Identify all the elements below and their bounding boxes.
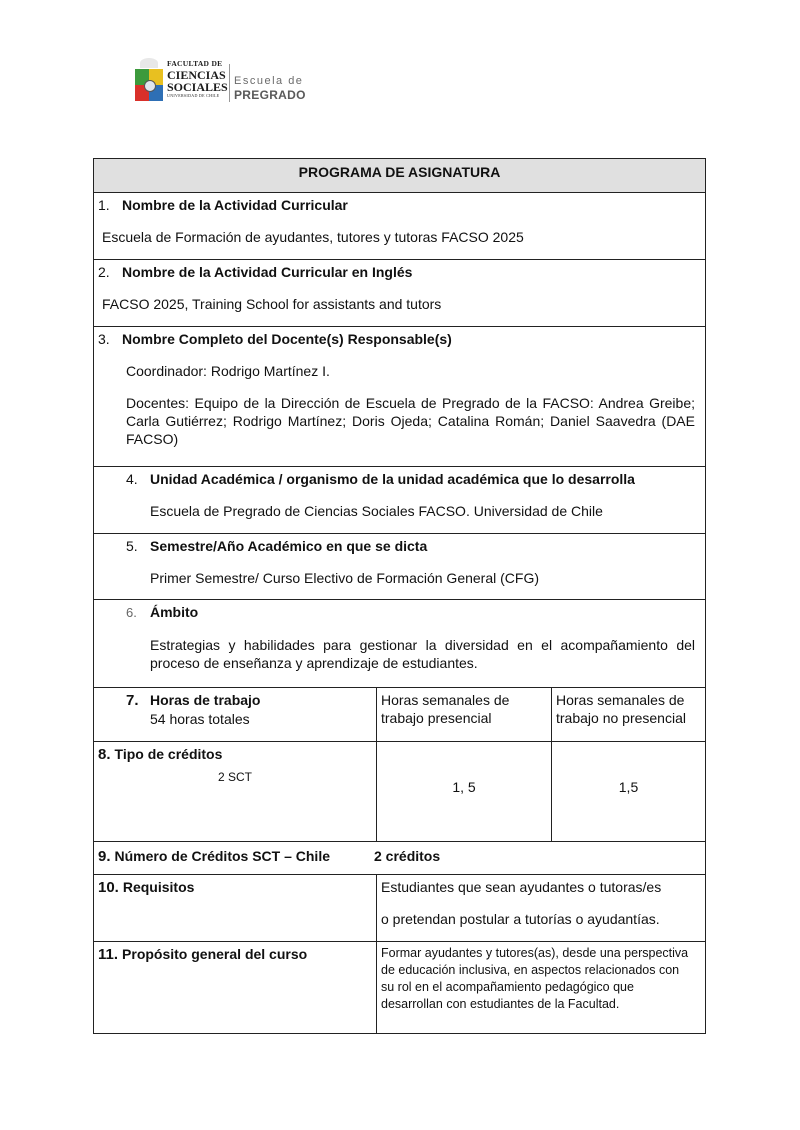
section-6: 6.Ámbito Estrategias y habilidades para … [94, 599, 705, 687]
section-number: 10. [98, 879, 119, 897]
section-7: 7.Horas de trabajo 54 horas totales Hora… [94, 687, 705, 741]
section-label: Requisitos [123, 879, 195, 895]
coordinator-value: Coordinador: Rodrigo Martínez I. [98, 362, 701, 380]
section-1: 1.Nombre de la Actividad Curricular Escu… [94, 192, 705, 259]
table-title: PROGRAMA DE ASIGNATURA [94, 159, 705, 192]
section-number: 9. [98, 848, 111, 866]
section-value: Primer Semestre/ Curso Electivo de Forma… [98, 569, 701, 587]
school-name: Escuela de PREGRADO [234, 76, 306, 101]
section-number: 2. [98, 263, 122, 281]
requirements-value-cell: Estudiantes que sean ayudantes o tutoras… [376, 875, 705, 941]
section-label: Propósito general del curso [122, 946, 307, 962]
logo-divider [229, 64, 230, 102]
section-label: Nombre de la Actividad Curricular en Ing… [122, 264, 412, 280]
section-4: 4.Unidad Académica / organismo de la uni… [94, 466, 705, 533]
section-value: 2 créditos [374, 848, 440, 864]
faculty-logo: FACULTAD DE CIENCIAS SOCIALES UNIVERSIDA… [134, 58, 314, 108]
section-label: Semestre/Año Académico en que se dicta [150, 538, 427, 554]
section-number: 4. [126, 470, 150, 488]
section-9: 9.Número de Créditos SCT – Chile2 crédit… [94, 841, 705, 874]
presential-hours-header: Horas semanales de trabajo presencial [376, 688, 551, 741]
section-number: 11. [98, 946, 118, 964]
requirements-label-cell: 10.Requisitos [94, 875, 376, 941]
requirements-line1: Estudiantes que sean ayudantes o tutoras… [381, 878, 701, 896]
section-number: 6. [126, 604, 150, 622]
purpose-value-cell: Formar ayudantes y tutores(as), desde un… [376, 942, 705, 1033]
section-10: 10.Requisitos Estudiantes que sean ayuda… [94, 874, 705, 941]
section-2: 2.Nombre de la Actividad Curricular en I… [94, 259, 705, 326]
presential-hours-value: 1, 5 [376, 742, 551, 841]
section-label: Ámbito [150, 604, 198, 620]
hours-cell: 7.Horas de trabajo 54 horas totales [94, 688, 376, 741]
faculty-line3: SOCIALES [167, 81, 228, 93]
purpose-label-cell: 11.Propósito general del curso [94, 942, 376, 1033]
section-number: 5. [126, 537, 150, 555]
section-label: Nombre de la Actividad Curricular [122, 197, 348, 213]
section-8: 8.Tipo de créditos 2 SCT 1, 5 1,5 [94, 741, 705, 841]
section-number: 8. [98, 746, 111, 764]
section-number: 3. [98, 330, 122, 348]
faculty-line1: FACULTAD DE [167, 60, 228, 68]
school-line2: PREGRADO [234, 89, 306, 101]
section-value: Escuela de Pregrado de Ciencias Sociales… [98, 502, 701, 520]
requirements-line2: o pretendan postular a tutorías o ayudan… [381, 910, 701, 928]
teachers-value: Docentes: Equipo de la Dirección de Escu… [98, 394, 701, 448]
credit-type-cell: 8.Tipo de créditos 2 SCT [94, 742, 376, 841]
section-number: 1. [98, 196, 122, 214]
section-label: Unidad Académica / organismo de la unida… [150, 471, 635, 487]
section-label: Nombre Completo del Docente(s) Responsab… [122, 331, 452, 347]
section-11: 11.Propósito general del curso Formar ay… [94, 941, 705, 1033]
section-number: 7. [126, 692, 150, 710]
university-crest-icon [134, 58, 164, 106]
non-presential-hours-header: Horas semanales de trabajo no presencial [551, 688, 705, 741]
faculty-line4: UNIVERSIDAD DE CHILE [167, 94, 228, 98]
faculty-name: FACULTAD DE CIENCIAS SOCIALES UNIVERSIDA… [167, 60, 228, 98]
course-program-table: PROGRAMA DE ASIGNATURA 1.Nombre de la Ac… [93, 158, 706, 1034]
section-value: Estrategias y habilidades para gestionar… [98, 636, 701, 672]
section-label: Número de Créditos SCT – Chile [115, 848, 330, 864]
section-value: FACSO 2025, Training School for assistan… [98, 295, 701, 313]
faculty-line2: CIENCIAS [167, 69, 228, 81]
section-3: 3.Nombre Completo del Docente(s) Respons… [94, 326, 705, 466]
non-presential-hours-value: 1,5 [551, 742, 705, 841]
section-5: 5.Semestre/Año Académico en que se dicta… [94, 533, 705, 599]
section-label: Horas de trabajo [150, 692, 260, 708]
school-line1: Escuela de [234, 76, 306, 87]
section-value: Escuela de Formación de ayudantes, tutor… [98, 228, 701, 246]
section-value: 2 SCT [98, 768, 372, 786]
section-label: Tipo de créditos [115, 746, 223, 762]
section-value: 54 horas totales [98, 710, 372, 728]
